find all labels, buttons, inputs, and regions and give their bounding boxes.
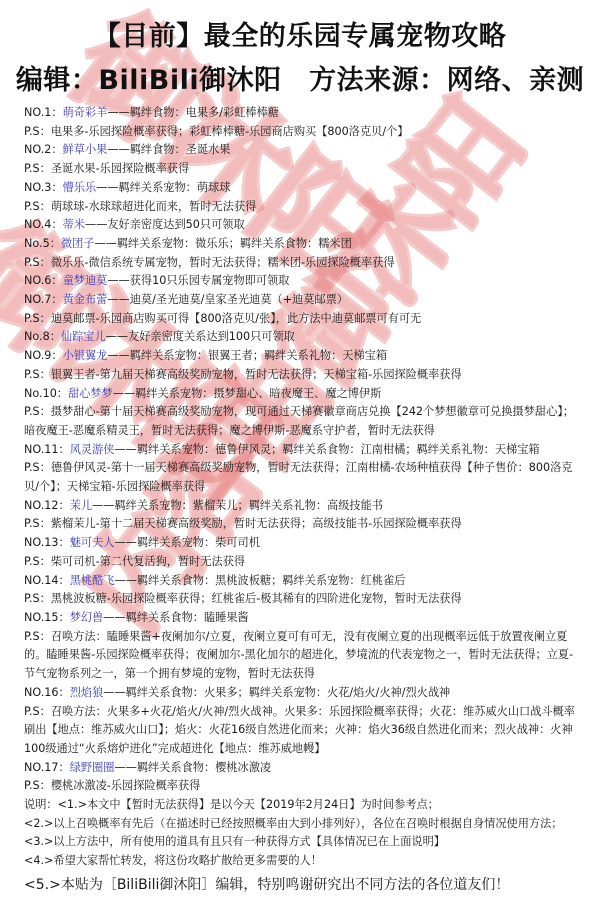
pet-entry: NO.13：魅可夫人——羁绊关系宠物：柴可司机 xyxy=(24,534,580,553)
entry-number: NO.17： xyxy=(24,761,70,774)
entry-desc: ——羁绊关系食物：火果多；羁绊关系宠物：火花/焰火/火神/烈火战神 xyxy=(103,686,450,699)
pet-entry: No.5：微团子——羁绊关系宠物：微乐乐；羁绊关系食物：糯米团 xyxy=(24,235,580,254)
ps-note: P.S：德鲁伊风灵-第十一届天梯赛高级奖励宠物，暂时无法获得；江南柑橘-农场种植… xyxy=(24,459,580,496)
ps-note: P.S：迪莫邮票-乐园商店购买可得【800洛克贝/张】，此方法中迪莫邮票可有可无 xyxy=(24,310,580,329)
pet-name: 黄金布蕾 xyxy=(63,293,108,306)
pet-entry: NO.12：茉儿——羁绊关系宠物：紫榴茉儿；羁绊关系礼物：高级技能书 xyxy=(24,497,580,516)
pet-entry: NO.3：懵乐乐——羁绊关系宠物：萌球球 xyxy=(24,179,580,198)
pet-entry: No.10：甜心梦梦——羁绊关系宠物：摄梦甜心、暗夜魔王、魔之博伊斯 xyxy=(24,385,580,404)
entry-number: NO.16： xyxy=(24,686,70,699)
pet-entry: No.8：仙踪宝儿——友好亲密度关系达到100只可领取 xyxy=(24,328,580,347)
pet-name: 魅可夫人 xyxy=(70,536,115,549)
ps-note: P.S：召唤方法：火果多+火花/焰火/火神/烈火战神。火果多：乐园探险概率获得；… xyxy=(24,703,580,759)
entry-desc: ——羁绊关系食物：黑桃波板糖；羁绊关系宠物：红桃雀后 xyxy=(114,574,405,587)
pet-entry: NO.9：小银翼龙——羁绊关系宠物：银翼王者；羁绊关系礼物：天梯宝箱 xyxy=(24,347,580,366)
pet-name: 烈焰狼 xyxy=(70,686,104,699)
entry-number: NO.2： xyxy=(24,143,63,156)
note-3: <3.>以上方法中，所有使用的道具有且只有一种获得方式【具体情况已在上面说明】 xyxy=(24,833,580,852)
entry-desc: ——羁绊关系宠物：银翼王者；羁绊关系礼物：天梯宝箱 xyxy=(107,349,387,362)
entry-desc: ——羁绊关系宠物：紫榴茉儿；羁绊关系礼物：高级技能书 xyxy=(92,499,383,512)
ps-note: P.S：圣诞水果-乐园探险概率获得 xyxy=(24,160,580,179)
entry-number: NO.12： xyxy=(24,499,70,512)
entry-number: NO.11： xyxy=(24,443,70,456)
ps-note: P.S：银翼王者-第九届天梯赛高级奖励宠物，暂时无法获得；天梯宝箱-乐园探险概率… xyxy=(24,366,580,385)
entry-desc: ——获得10只乐园专属宠物即可领取 xyxy=(107,274,289,287)
document-page: 【目前】最全的乐园专属宠物攻略 编辑：BiliBili御沐阳 方法来源：网络、亲… xyxy=(0,0,600,905)
pet-entry: NO.16：烈焰狼——羁绊关系食物：火果多；羁绊关系宠物：火花/焰火/火神/烈火… xyxy=(24,684,580,703)
entry-desc: ——羁绊食物：圣诞水果 xyxy=(107,143,230,156)
entry-desc: ——羁绊关系宠物：微乐乐；羁绊关系食物：糯米团 xyxy=(94,237,351,250)
note-1: 说明：<1.>本文中【暂时无法获得】是以今天【2019年2月24日】为时间参考点… xyxy=(24,796,580,815)
pet-entry: NO.4：蒂米——友好亲密度达到50只可领取 xyxy=(24,216,580,235)
page-subtitle: 编辑：BiliBili御沐阳 方法来源：网络、亲测 xyxy=(0,58,600,97)
entry-desc: ——友好亲密度达到50只可领取 xyxy=(85,218,245,231)
ps-note: P.S：召唤方法：瞌睡果酱+夜阑加尔/立夏，夜阑立夏可有可无，没有夜阑立夏的出现… xyxy=(24,628,580,684)
page-title: 【目前】最全的乐园专属宠物攻略 xyxy=(0,14,600,53)
pet-name: 梦幻兽 xyxy=(70,611,104,624)
ps-note: P.S：柴可司机-第二代复活狗，暂时无法获得 xyxy=(24,553,580,572)
pet-name: 鲜草小果 xyxy=(63,143,108,156)
ps-note: P.S：电果多-乐园探险概率获得；彩虹棒棒糖-乐园商店购买【800洛克贝/个】 xyxy=(24,123,580,142)
entry-number: NO.15： xyxy=(24,611,70,624)
pet-name: 微团子 xyxy=(61,237,95,250)
entry-number: NO.6： xyxy=(24,274,63,287)
pet-name: 蒂米 xyxy=(63,218,85,231)
entry-number: NO.14： xyxy=(24,574,70,587)
pet-entry: NO.14：黑桃酷飞——羁绊关系食物：黑桃波板糖；羁绊关系宠物：红桃雀后 xyxy=(24,572,580,591)
entry-desc: ——羁绊关系食物：樱桃冰激凌 xyxy=(114,761,271,774)
entry-desc: ——迪莫/圣光迪莫/皇家圣光迪莫（+迪莫邮票） xyxy=(107,293,348,306)
entry-number: NO.3： xyxy=(24,181,63,194)
pet-entry: NO.6：童梦迪莫——获得10只乐园专属宠物即可领取 xyxy=(24,272,580,291)
pet-entry: NO.11：风灵游侠——羁绊关系宠物：德鲁伊风灵；羁绊关系食物：江南柑橘；羁绊关… xyxy=(24,441,580,460)
ps-note: P.S：紫榴茉儿-第十二届天梯赛高级奖励，暂时无法获得；高级技能书-乐园探险概率… xyxy=(24,515,580,534)
ps-note: P.S：樱桃冰激凌-乐园探险概率获得 xyxy=(24,777,580,796)
pet-name: 童梦迪莫 xyxy=(63,274,108,287)
entry-number: No.8： xyxy=(24,330,61,343)
entry-desc: ——羁绊关系宠物：摄梦甜心、暗夜魔王、魔之博伊斯 xyxy=(113,387,382,400)
guide-content: NO.1：萌奇彩羊——羁绊食物：电果多/彩虹棒棒糖 P.S：电果多-乐园探险概率… xyxy=(24,104,580,897)
entry-number: No.10： xyxy=(24,387,68,400)
ps-note: P.S：摄梦甜心-第十届天梯赛高级奖励宠物，现可通过天梯赛徽章商店兑换【242个… xyxy=(24,403,580,440)
entry-desc: ——友好亲密度关系达到100只可领取 xyxy=(106,330,295,343)
entry-number: NO.9： xyxy=(24,349,63,362)
pet-entry: NO.1：萌奇彩羊——羁绊食物：电果多/彩虹棒棒糖 xyxy=(24,104,580,123)
pet-name: 黑桃酷飞 xyxy=(70,574,115,587)
entry-desc: ——羁绊关系食物：瞌睡果酱 xyxy=(103,611,248,624)
entry-desc: ——羁绊关系宠物：萌球球 xyxy=(96,181,230,194)
entry-number: No.5： xyxy=(24,237,61,250)
ps-note: P.S：微乐乐-微信系统专属宠物，暂时无法获得；糯米团-乐园探险概率获得 xyxy=(24,254,580,273)
pet-entry: NO.15：梦幻兽——羁绊关系食物：瞌睡果酱 xyxy=(24,609,580,628)
pet-name: 茉儿 xyxy=(70,499,92,512)
pet-name: 风灵游侠 xyxy=(70,443,115,456)
pet-name: 懵乐乐 xyxy=(63,181,97,194)
entry-number: NO.13： xyxy=(24,536,70,549)
entry-number: NO.4： xyxy=(24,218,63,231)
pet-name: 萌奇彩羊 xyxy=(63,106,108,119)
pet-entry: NO.17：绿野圈圈——羁绊关系食物：樱桃冰激凌 xyxy=(24,759,580,778)
note-2: <2.>以上召唤概率有先后（在描述时已经按照概率由大到小排列好），各位在召唤时根… xyxy=(24,815,580,834)
ps-note: P.S：黑桃波板糖-乐园探险概率获得；红桃雀后-极其稀有的四阶进化宠物，暂时无法… xyxy=(24,590,580,609)
entry-desc: ——羁绊关系宠物：柴可司机 xyxy=(114,536,259,549)
pet-name: 甜心梦梦 xyxy=(68,387,113,400)
entry-number: NO.1： xyxy=(24,106,63,119)
pet-name: 小银翼龙 xyxy=(63,349,108,362)
note-5: <5.>本贴为［BiliBili御沐阳］编辑，特别鸣谢研究出不同方法的各位道友们… xyxy=(24,873,580,897)
entry-number: NO.7： xyxy=(24,293,63,306)
note-4: <4.>希望大家帮忙转发，将这份攻略扩散给更多需要的人！ xyxy=(24,852,580,871)
entry-desc: ——羁绊关系宠物：德鲁伊风灵；羁绊关系食物：江南柑橘；羁绊关系礼物：天梯宝箱 xyxy=(114,443,539,456)
entry-desc: ——羁绊食物：电果多/彩虹棒棒糖 xyxy=(107,106,279,119)
pet-entry: NO.2：鲜草小果——羁绊食物：圣诞水果 xyxy=(24,141,580,160)
pet-name: 绿野圈圈 xyxy=(70,761,115,774)
ps-note: P.S：萌球球-水球球超进化而来，暂时无法获得 xyxy=(24,198,580,217)
pet-name: 仙踪宝儿 xyxy=(61,330,106,343)
pet-entry: NO.7：黄金布蕾——迪莫/圣光迪莫/皇家圣光迪莫（+迪莫邮票） xyxy=(24,291,580,310)
